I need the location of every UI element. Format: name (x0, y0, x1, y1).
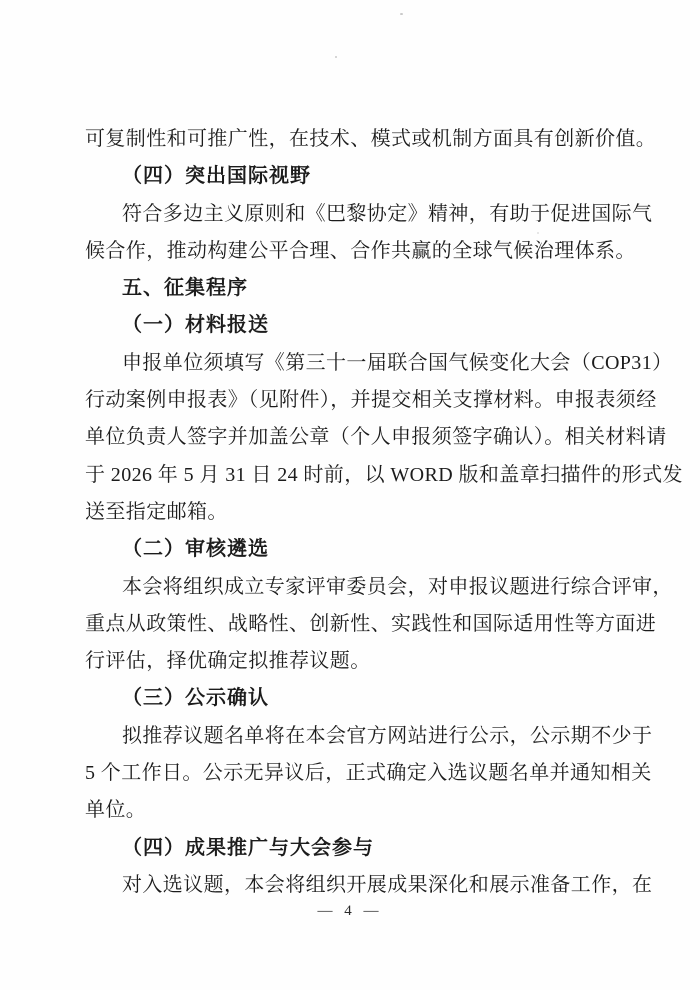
text-line: 申报单位须填写《第三十一届联合国气候变化大会（COP31） (85, 345, 617, 382)
text-line: 行动案例申报表》（见附件），并提交相关支撑材料。申报表须经 (85, 382, 617, 419)
section-heading: （三）公示确认 (85, 680, 617, 717)
section-heading: 五、征集程序 (85, 270, 617, 307)
text-line: 候合作，推动构建公平合理、合作共赢的全球气候治理体系。 (85, 233, 617, 270)
scan-speck (400, 13, 403, 15)
text-line: 重点从政策性、战略性、创新性、实践性和国际适用性等方面进 (85, 606, 617, 643)
text-line: 单位负责人签字并加盖公章（个人申报须签字确认）。相关材料请 (85, 419, 617, 456)
text-line: 对入选议题，本会将组织开展成果深化和展示准备工作，在 (85, 867, 617, 904)
document-page: 可复制性和可推广性，在技术、模式或机制方面具有创新价值。 （四）突出国际视野 符… (0, 0, 700, 990)
page-number: — 4 — (0, 903, 700, 920)
text-line: 行评估，择优确定拟推荐议题。 (85, 643, 617, 680)
text-line: 符合多边主义原则和《巴黎协定》精神，有助于促进国际气 (85, 196, 617, 233)
text-line: 可复制性和可推广性，在技术、模式或机制方面具有创新价值。 (85, 121, 617, 158)
text-line: 本会将组织成立专家评审委员会，对申报议题进行综合评审， (85, 569, 617, 606)
text-line: 单位。 (85, 792, 617, 829)
document-body: 可复制性和可推广性，在技术、模式或机制方面具有创新价值。 （四）突出国际视野 符… (85, 121, 617, 904)
text-line: 于 2026 年 5 月 31 日 24 时前，以 WORD 版和盖章扫描件的形… (85, 457, 617, 494)
text-line: 拟推荐议题名单将在本会官方网站进行公示，公示期不少于 (85, 718, 617, 755)
section-heading: （四）突出国际视野 (85, 158, 617, 195)
section-heading: （四）成果推广与大会参与 (85, 830, 617, 867)
section-heading: （一）材料报送 (85, 307, 617, 344)
text-line: 送至指定邮箱。 (85, 494, 617, 531)
text-line: 5 个工作日。公示无异议后，正式确定入选议题名单并通知相关 (85, 755, 617, 792)
section-heading: （二）审核遴选 (85, 531, 617, 568)
scan-speck (335, 56, 337, 58)
